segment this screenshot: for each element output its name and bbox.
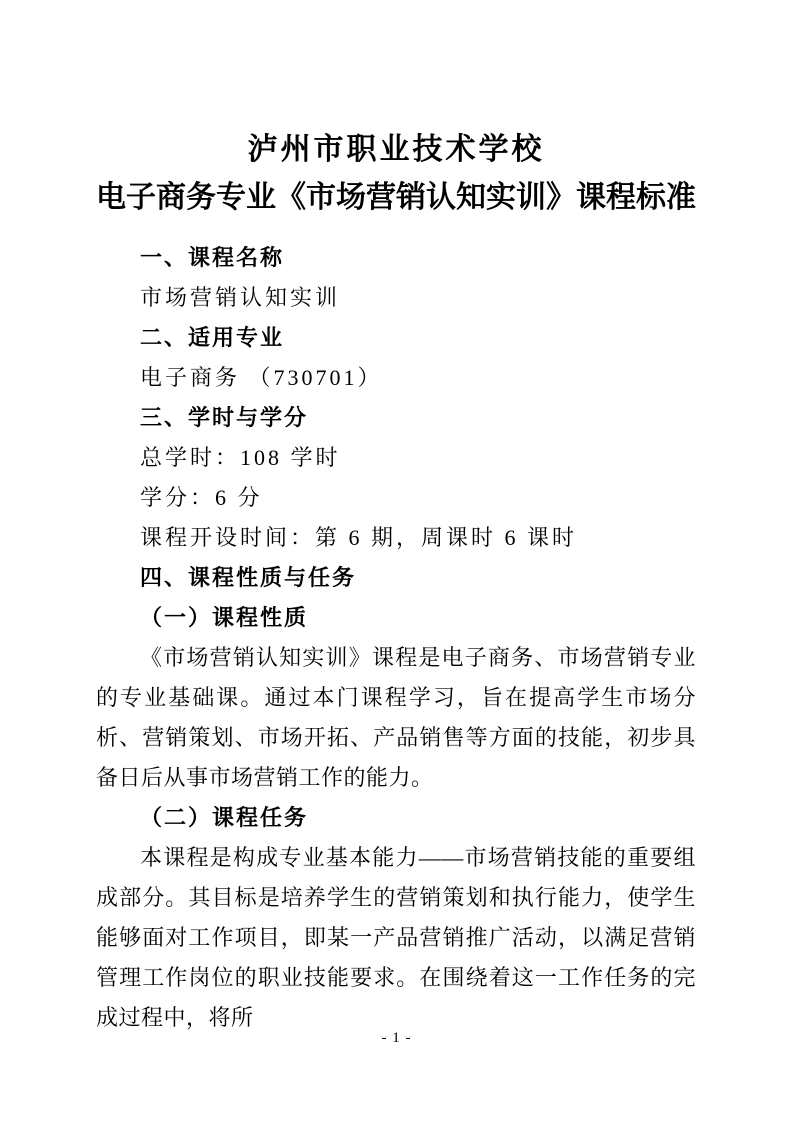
credits-value: 学分：6 分: [96, 478, 696, 518]
paragraph-course-tasks: 本课程是构成专业基本能力——市场营销技能的重要组成部分。其目标是培养学生的营销策…: [96, 838, 696, 1038]
course-schedule-value: 课程开设时间：第 6 期，周课时 6 课时: [96, 518, 696, 558]
page-number: - 1 -: [0, 1028, 793, 1048]
document-title-line1: 泸州市职业技术学校: [96, 0, 696, 174]
document-title-line2: 电子商务专业《市场营销认知实训》课程标准: [96, 174, 696, 222]
section-heading-hours-credits: 三、学时与学分: [96, 398, 696, 438]
course-name-value: 市场营销认知实训: [96, 278, 696, 318]
applicable-major-value: 电子商务 （730701）: [96, 358, 696, 398]
paragraph-course-nature: 《市场营销认知实训》课程是电子商务、市场营销专业的专业基础课。通过本门课程学习，…: [96, 638, 696, 798]
section-heading-applicable-major: 二、适用专业: [96, 318, 696, 358]
section-heading-course-name: 一、课程名称: [96, 238, 696, 278]
subheading-course-tasks: （二）课程任务: [96, 798, 696, 838]
subheading-course-nature: （一）课程性质: [96, 598, 696, 638]
document-content: 泸州市职业技术学校 电子商务专业《市场营销认知实训》课程标准 一、课程名称 市场…: [96, 0, 696, 1038]
document-page: 泸州市职业技术学校 电子商务专业《市场营销认知实训》课程标准 一、课程名称 市场…: [0, 0, 793, 1122]
total-hours-value: 总学时：108 学时: [96, 438, 696, 478]
document-body: 一、课程名称 市场营销认知实训 二、适用专业 电子商务 （730701） 三、学…: [96, 238, 696, 1038]
section-heading-nature-tasks: 四、课程性质与任务: [96, 558, 696, 598]
